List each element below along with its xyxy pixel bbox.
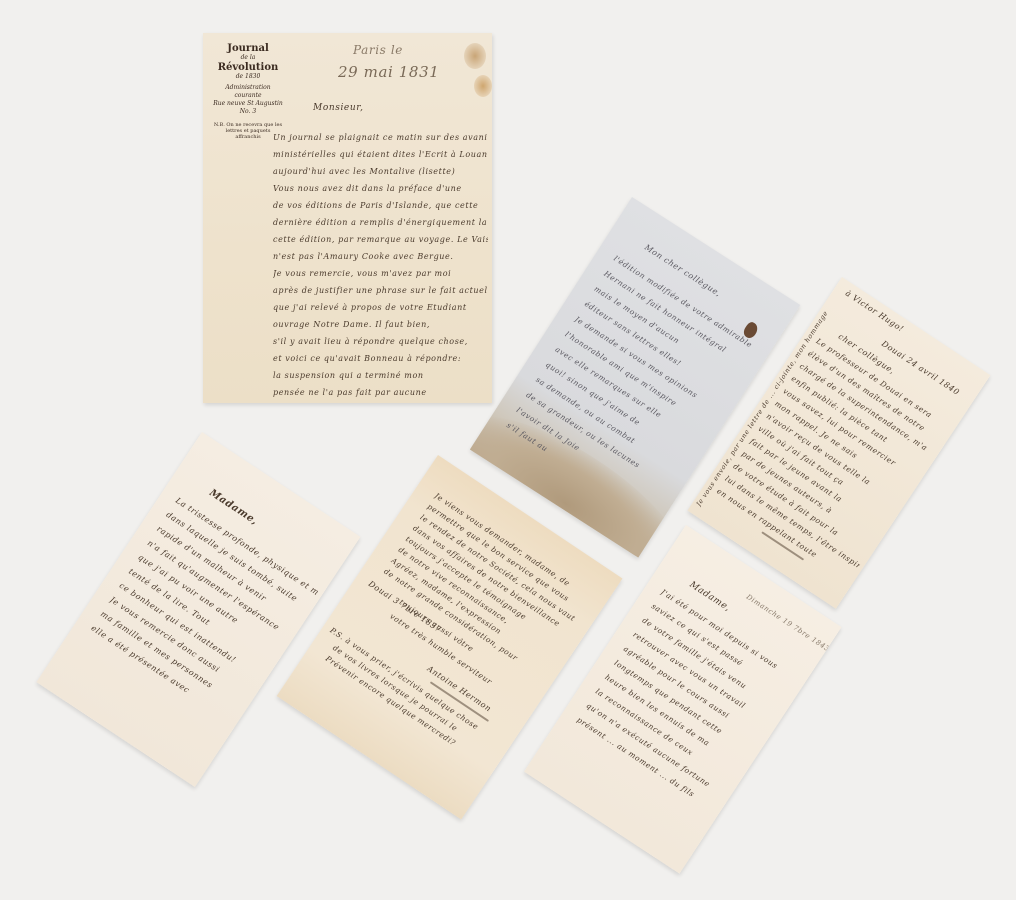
postscript: P.S. à vous prier, j'écrivis quelque cho… <box>333 626 508 743</box>
date-label: 29 mai 1831 <box>338 63 492 81</box>
letter-journal-revolution: Journal de la Révolution de 1830 Adminis… <box>203 33 492 403</box>
photo-scene: Journal de la Révolution de 1830 Adminis… <box>0 0 1016 900</box>
letter-body: La tristesse profonde, physique et moral… <box>179 496 321 590</box>
letterhead: Journal de la Révolution de 1830 Adminis… <box>213 43 283 140</box>
salutation: Monsieur, <box>313 103 492 113</box>
letter-madame-left: Madame, La tristesse profonde, physique … <box>36 432 360 787</box>
letterhead-name: Révolution <box>213 62 283 73</box>
letterhead-title: Journal <box>213 43 283 54</box>
letter-body: J'ai été pour moi depuis si vous saviez … <box>664 587 803 678</box>
place-label: Paris le <box>353 43 492 57</box>
letter-body: Mon cher collègue, l'édition modifiée de… <box>631 232 778 327</box>
